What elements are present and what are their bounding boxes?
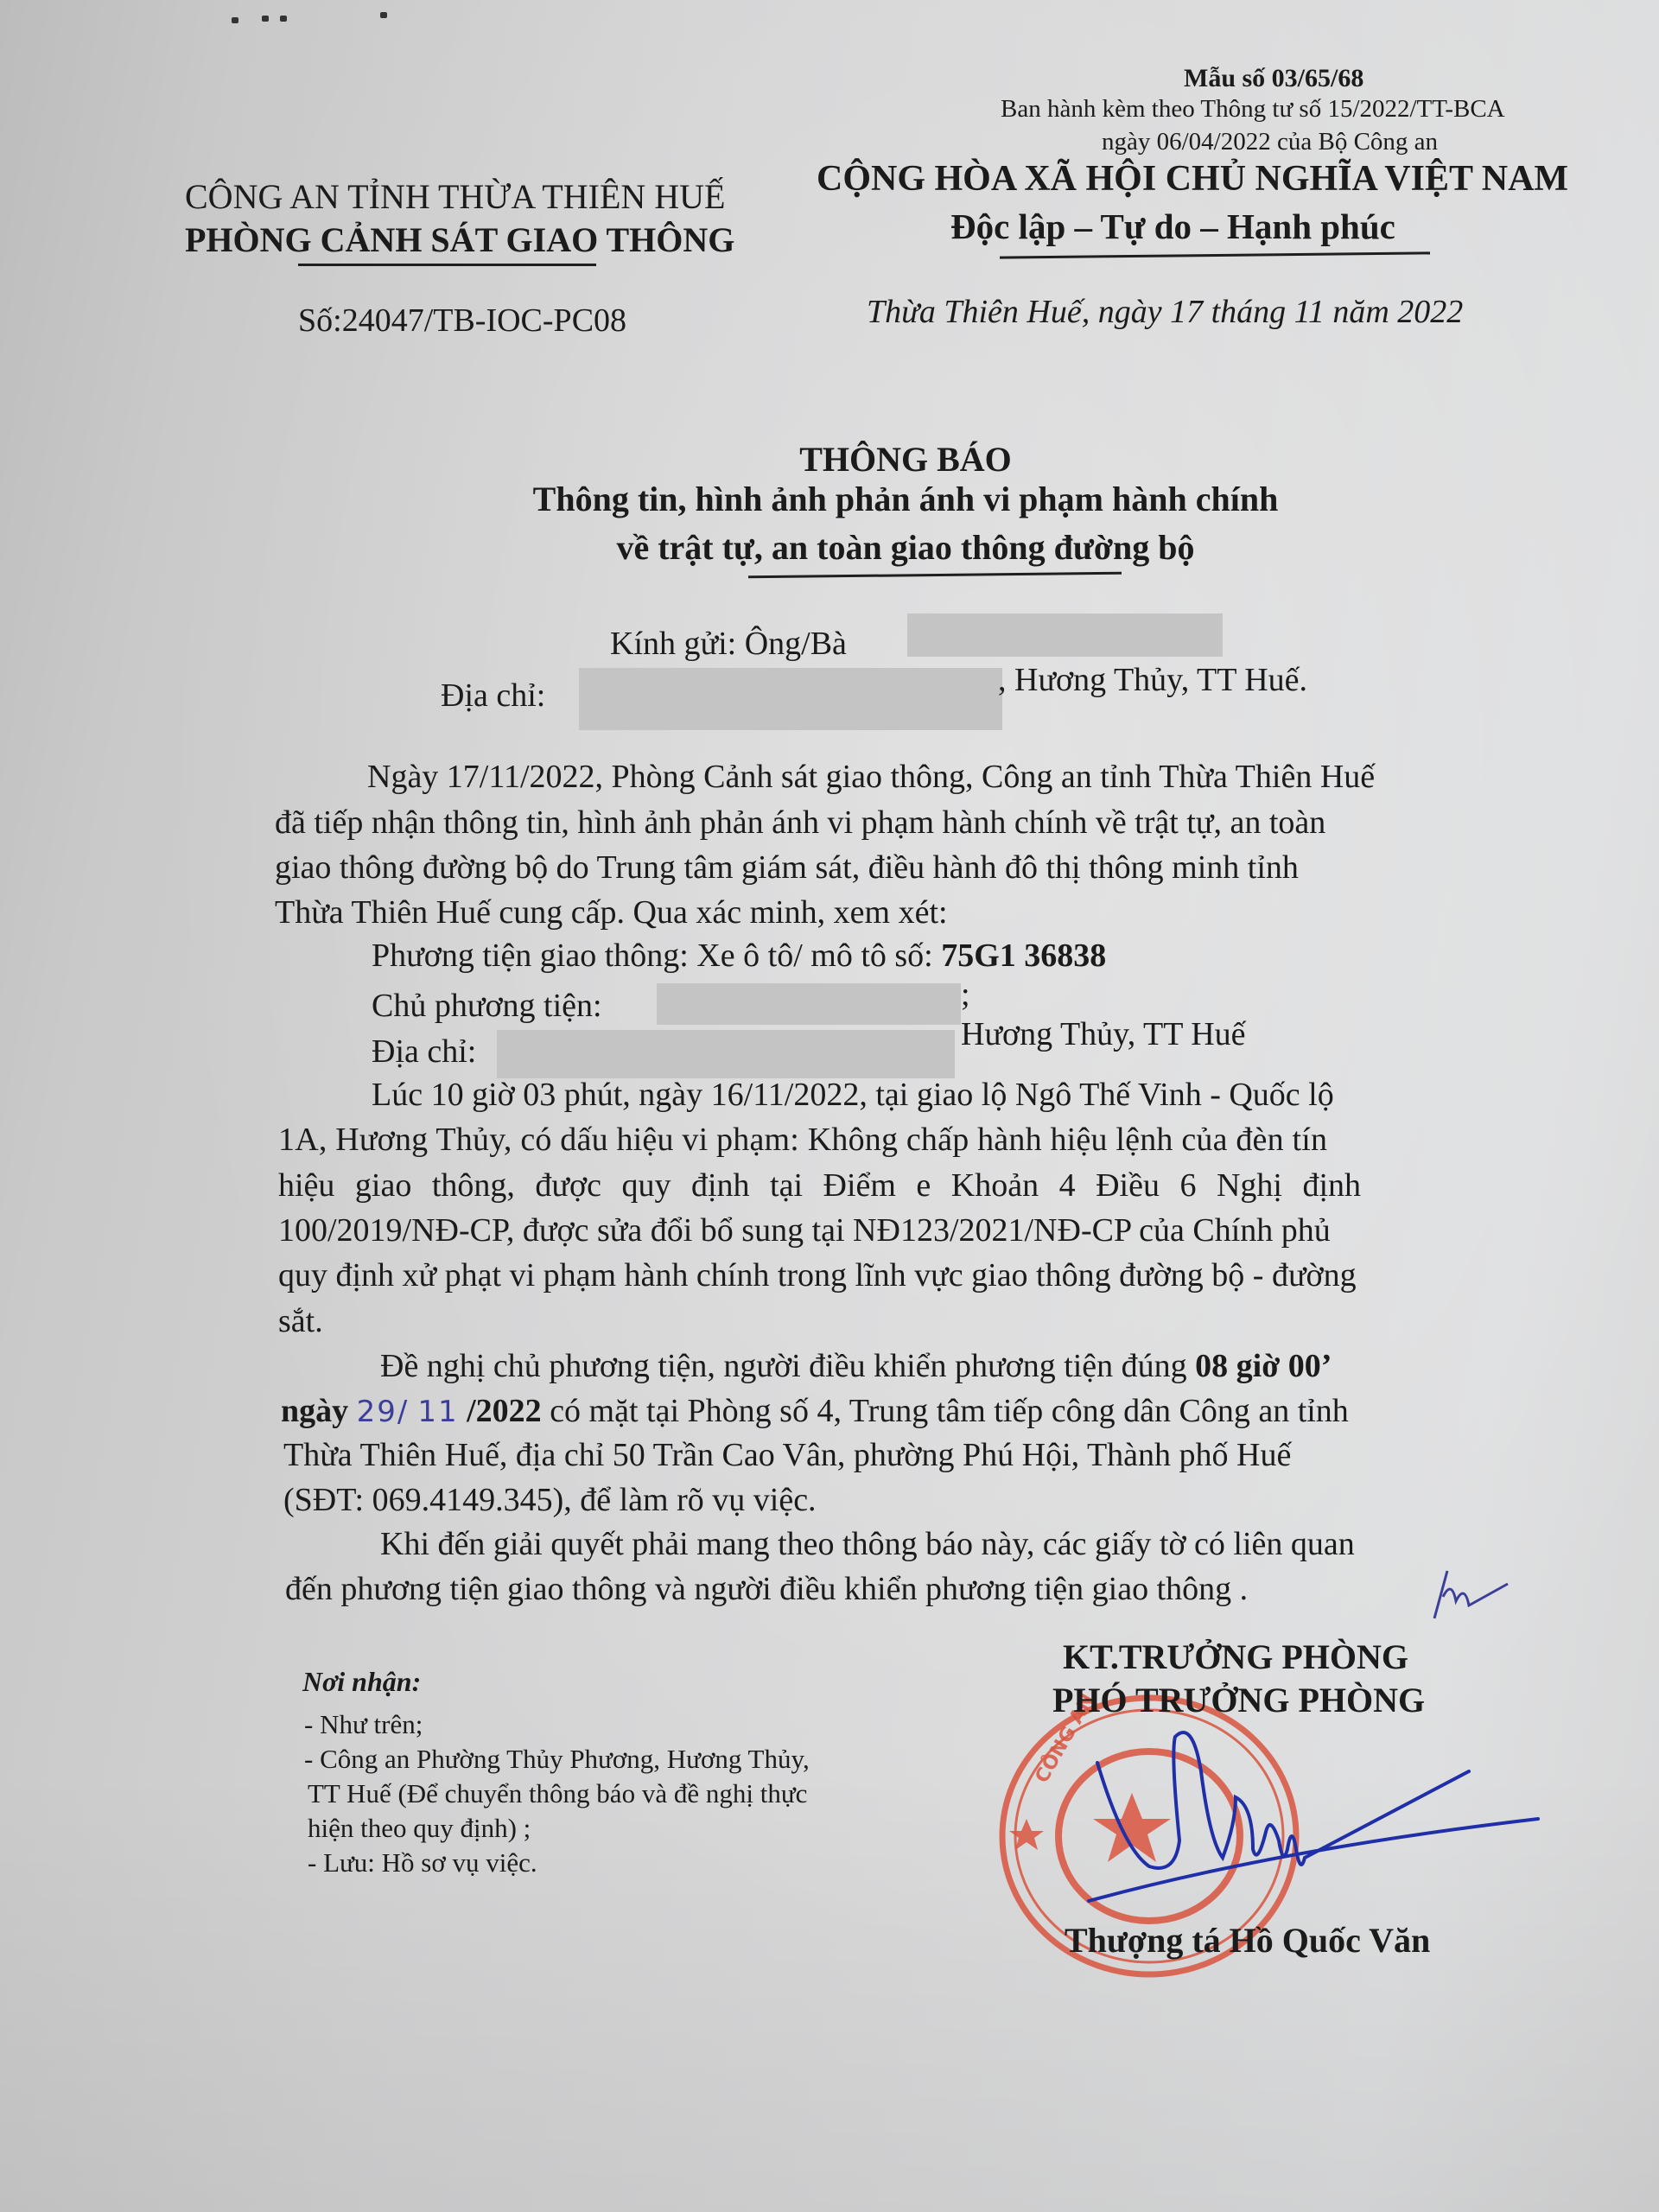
license-plate: 75G1 36838 xyxy=(941,938,1106,974)
violation-line: Lúc 10 giờ 03 phút, ngày 16/11/2022, tại… xyxy=(372,1078,1334,1111)
closing-line: Khi đến giải quyết phải mang theo thông … xyxy=(380,1528,1355,1560)
recipient-address-suffix: , Hương Thủy, TT Huế. xyxy=(998,664,1307,696)
nation-line1: CỘNG HÒA XÃ HỘI CHỦ NGHĨA VIỆT NAM xyxy=(817,161,1568,197)
motto-underline xyxy=(1000,251,1430,258)
document-title: THÔNG BÁO xyxy=(0,442,1659,477)
redacted-owner-address xyxy=(497,1030,955,1078)
signature-title2: PHÓ TRƯỞNG PHÒNG xyxy=(1052,1683,1425,1718)
handwritten-initial-icon xyxy=(1417,1562,1512,1623)
document-subtitle-line1: Thông tin, hình ảnh phản ánh vi phạm hàn… xyxy=(0,482,1659,517)
summons-line1: Đề nghị chủ phương tiện, người điều khiể… xyxy=(380,1350,1332,1382)
redacted-recipient-address xyxy=(579,668,1002,730)
summons-text: Đề nghị chủ phương tiện, người điều khiể… xyxy=(380,1348,1195,1384)
handwritten-day: 29/ xyxy=(357,1395,410,1429)
print-speck xyxy=(232,17,238,23)
document-subtitle-line2: về trật tự, an toàn giao thông đường bộ xyxy=(0,531,1659,565)
appointment-day-label: ngày xyxy=(281,1393,357,1429)
vehicle-label: Phương tiện giao thông: Xe ô tô/ mô tô s… xyxy=(372,938,941,974)
owner-address-suffix: Hương Thủy, TT Huế xyxy=(961,1018,1246,1051)
recipient-item: hiện theo quy định) ; xyxy=(308,1815,531,1841)
print-speck xyxy=(280,16,287,22)
violation-line: hiệu giao thông, được quy định tại Điểm … xyxy=(278,1169,1361,1202)
form-number: Mẫu số 03/65/68 xyxy=(1184,66,1363,92)
issuer-underline xyxy=(298,264,596,266)
paragraph1-line: Thừa Thiên Huế cung cấp. Qua xác minh, x… xyxy=(275,896,948,929)
form-note-line2: ngày 06/04/2022 của Bộ Công an xyxy=(1102,130,1438,155)
appointment-year: /2022 xyxy=(459,1393,542,1429)
signature-title1: KT.TRƯỞNG PHÒNG xyxy=(1063,1640,1408,1675)
recipient-item: TT Huế (Để chuyển thông báo và đề nghị t… xyxy=(308,1780,807,1807)
violation-line: sắt. xyxy=(278,1305,323,1338)
vehicle-line: Phương tiện giao thông: Xe ô tô/ mô tô s… xyxy=(372,939,1106,972)
paragraph1-line: Ngày 17/11/2022, Phòng Cảnh sát giao thô… xyxy=(367,760,1375,793)
owner-label: Chủ phương tiện: xyxy=(372,989,602,1022)
violation-line: 1A, Hương Thủy, có dấu hiệu vi phạm: Khô… xyxy=(278,1123,1327,1156)
summons-line4: (SĐT: 069.4149.345), để làm rõ vụ việc. xyxy=(283,1484,817,1516)
document-number: Số:24047/TB-IOC-PC08 xyxy=(298,304,626,337)
handwritten-month: 11 xyxy=(417,1395,458,1429)
violation-line: quy định xử phạt vi phạm hành chính tron… xyxy=(278,1259,1357,1292)
summons-location: có mặt tại Phòng số 4, Trung tâm tiếp cô… xyxy=(542,1393,1349,1429)
recipient-address-label: Địa chỉ: xyxy=(441,679,545,712)
signature-icon xyxy=(1020,1719,1555,1927)
paragraph1-line: giao thông đường bộ do Trung tâm giám sá… xyxy=(275,851,1299,884)
redacted-recipient-name xyxy=(907,613,1223,657)
recipients-heading: Nơi nhận: xyxy=(302,1668,421,1695)
owner-address-label: Địa chỉ: xyxy=(372,1035,476,1068)
recipient-item: - Như trên; xyxy=(304,1711,423,1738)
issuer-line1: CÔNG AN TỈNH THỪA THIÊN HUẾ xyxy=(185,180,725,214)
print-speck xyxy=(380,12,387,18)
recipient-label: Kính gửi: Ông/Bà xyxy=(610,627,847,660)
place-date: Thừa Thiên Huế, ngày 17 tháng 11 năm 202… xyxy=(867,296,1463,328)
nation-motto: Độc lập – Tự do – Hạnh phúc xyxy=(950,209,1395,245)
owner-suffix: ; xyxy=(961,978,970,1011)
redacted-owner-name xyxy=(657,983,961,1025)
summons-line2: ngày 29/11 /2022 có mặt tại Phòng số 4, … xyxy=(281,1395,1349,1427)
signer-name: Thượng tá Hồ Quốc Văn xyxy=(1065,1923,1430,1958)
appointment-time: 08 giờ 00’ xyxy=(1195,1348,1332,1384)
print-speck xyxy=(262,16,269,22)
paragraph1-line: đã tiếp nhận thông tin, hình ảnh phản án… xyxy=(275,806,1325,839)
issuer-line2: PHÒNG CẢNH SÁT GIAO THÔNG xyxy=(185,223,734,257)
recipient-item: - Lưu: Hồ sơ vụ việc. xyxy=(308,1849,537,1876)
recipient-item: - Công an Phường Thủy Phương, Hương Thủy… xyxy=(304,1745,810,1772)
summons-line3: Thừa Thiên Huế, địa chỉ 50 Trần Cao Vân,… xyxy=(283,1439,1291,1471)
title-underline xyxy=(748,572,1122,579)
form-note-line1: Ban hành kèm theo Thông tư số 15/2022/TT… xyxy=(1001,97,1505,122)
violation-line: 100/2019/NĐ-CP, được sửa đổi bổ sung tại… xyxy=(278,1214,1331,1247)
closing-line: đến phương tiện giao thông và người điều… xyxy=(285,1573,1248,1605)
